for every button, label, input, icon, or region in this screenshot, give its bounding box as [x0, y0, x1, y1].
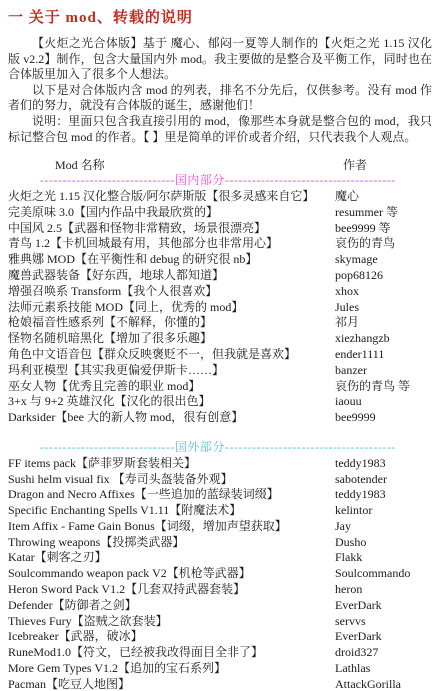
mod-name-cell: 巫女人物【优秀且完善的职业 mod】	[8, 379, 335, 395]
table-row: Katar【刺客之刃】 Flakk	[8, 550, 432, 566]
mod-name-cell: Thieves Fury【盗贼之欲套装】	[8, 614, 335, 630]
table-row: Throwing weapons【投掷类武器】 Dusho	[8, 535, 432, 551]
mod-name-cell: Heron Sword Pack V1.2【几套双持武器套装】	[8, 582, 335, 598]
mod-name-cell: 火炬之光 1.15 汉化整合版/阿尔萨斯版【很多灵感来自它】	[8, 189, 335, 205]
mod-author-cell: xiezhangzb	[335, 331, 432, 347]
mod-author-cell: bee9999	[335, 410, 432, 426]
table-row: Soulcommando weapon pack V2【机枪等武器】 Soulc…	[8, 566, 432, 582]
table-row: 中国风 2.5【武器和怪物非常精致，场景很漂亮】 bee9999 等	[8, 221, 432, 237]
mod-section: ------------------------------国外部分------…	[8, 440, 432, 691]
section-label: 国内部分	[175, 173, 225, 187]
mod-name-cell: Soulcommando weapon pack V2【机枪等武器】	[8, 566, 335, 582]
divider-dashes-left: ------------------------------	[40, 173, 175, 187]
divider-dashes-right: --------------------------------------	[225, 440, 396, 454]
mod-author-cell: servvs	[335, 614, 432, 630]
section-rows: FF items pack【萨菲罗斯套装相关】 teddy1983 Sushi …	[8, 456, 432, 691]
table-row: 巫女人物【优秀且完善的职业 mod】 哀伤的青鸟 等	[8, 379, 432, 395]
table-row: More Gem Types V1.2【追加的宝石系列】 Lathlas	[8, 661, 432, 677]
mod-table-header: Mod 名称 作者	[8, 157, 432, 173]
mod-name-cell: More Gem Types V1.2【追加的宝石系列】	[8, 661, 335, 677]
mod-author-cell: pop68126	[335, 268, 432, 284]
table-row: Dragon and Necro Affixes【一些追加的蓝绿装词缀】 ted…	[8, 487, 432, 503]
mod-author-cell: sabotender	[335, 472, 432, 488]
mod-name-cell: 魔兽武器装备【好东西，地球人都知道】	[8, 268, 335, 284]
table-row: 法师元素系技能 MOD【同上，优秀的 mod】 Jules	[8, 300, 432, 316]
table-row: 火炬之光 1.15 汉化整合版/阿尔萨斯版【很多灵感来自它】 魔心	[8, 189, 432, 205]
mod-author-cell: Jules	[335, 300, 432, 316]
mod-name-cell: 法师元素系技能 MOD【同上，优秀的 mod】	[8, 300, 335, 316]
mod-name-cell: Darksider【bee 大的新人物 mod，很有创意】	[8, 410, 335, 426]
table-row: Thieves Fury【盗贼之欲套装】 servvs	[8, 614, 432, 630]
mod-author-cell: EverDark	[335, 598, 432, 614]
mod-author-cell: heron	[335, 582, 432, 598]
intro-paragraph: 【火炬之光合体版】基于 魔心、郁闷一夏等人制作的【火炬之光 1.15 汉化版 v…	[8, 36, 432, 83]
table-row: 怪物名随机暗黑化【增加了很多乐趣】 xiezhangzb	[8, 331, 432, 347]
table-row: 雅典娜 MOD【在平衡性和 debug 的研究很 nb】 skymage	[8, 252, 432, 268]
mod-name-cell: Item Affix - Fame Gain Bonus【词缀，增加声望获取】	[8, 519, 335, 535]
mod-author-cell: Lathlas	[335, 661, 432, 677]
mod-name-cell: Specific Enchanting Spells V1.11【附魔法术】	[8, 503, 335, 519]
table-row: RuneMod1.0【符文，已经被我改得面目全非了】 droid327	[8, 645, 432, 661]
mod-name-column-header: Mod 名称	[8, 157, 335, 173]
mod-author-cell: EverDark	[335, 629, 432, 645]
table-row: 完美原味 3.0【国内作品中我最欣赏的】 resummer 等	[8, 205, 432, 221]
mod-table-body: ------------------------------国内部分------…	[8, 173, 432, 691]
mod-author-cell: droid327	[335, 645, 432, 661]
table-row: Heron Sword Pack V1.2【几套双持武器套装】 heron	[8, 582, 432, 598]
mod-name-cell: 怪物名随机暗黑化【增加了很多乐趣】	[8, 331, 335, 347]
mod-author-cell: kelintor	[335, 503, 432, 519]
mod-author-cell: teddy1983	[335, 456, 432, 472]
table-row: 增强召唤系 Transform【我个人很喜欢】 xhox	[8, 284, 432, 300]
table-row: Item Affix - Fame Gain Bonus【词缀，增加声望获取】 …	[8, 519, 432, 535]
mod-name-cell: Katar【刺客之刃】	[8, 550, 335, 566]
mod-author-cell: bee9999 等	[335, 221, 432, 237]
mod-section: ------------------------------国内部分------…	[8, 173, 432, 426]
table-row: 角色中文语音包【群众反映褒贬不一，但我就是喜欢】 ender1111	[8, 347, 432, 363]
table-row: 魔兽武器装备【好东西，地球人都知道】 pop68126	[8, 268, 432, 284]
mod-author-cell: Jay	[335, 519, 432, 535]
mod-name-cell: FF items pack【萨菲罗斯套装相关】	[8, 456, 335, 472]
mod-name-cell: Sushi helm visual fix 【寿司头盔装备外观】	[8, 472, 335, 488]
mod-name-cell: Defender【防御者之剑】	[8, 598, 335, 614]
table-row: Pacman【吃豆人地图】 AttackGorilla	[8, 677, 432, 691]
mod-name-cell: 增强召唤系 Transform【我个人很喜欢】	[8, 284, 335, 300]
mod-author-cell: xhox	[335, 284, 432, 300]
mod-name-cell: Icebreaker【武器，破冰】	[8, 629, 335, 645]
mod-name-cell: 中国风 2.5【武器和怪物非常精致，场景很漂亮】	[8, 221, 335, 237]
mod-author-cell: banzer	[335, 363, 432, 379]
document-page: 一 关于 mod、转载的说明 【火炬之光合体版】基于 魔心、郁闷一夏等人制作的【…	[0, 0, 442, 691]
mod-author-cell: teddy1983	[335, 487, 432, 503]
table-row: Sushi helm visual fix 【寿司头盔装备外观】 saboten…	[8, 472, 432, 488]
mod-author-cell: resummer 等	[335, 205, 432, 221]
section-divider: ------------------------------国内部分------…	[40, 173, 432, 189]
table-row: 玛利亚模型【其实我更偏爱伊斯卡……】 banzer	[8, 363, 432, 379]
mod-name-cell: 完美原味 3.0【国内作品中我最欣赏的】	[8, 205, 335, 221]
table-row: 枪娘福音性感系列【不解释，你懂的】 祁月	[8, 315, 432, 331]
table-row: Darksider【bee 大的新人物 mod，很有创意】 bee9999	[8, 410, 432, 426]
mod-author-cell: 祁月	[335, 315, 432, 331]
page-title: 一 关于 mod、转载的说明	[8, 6, 432, 27]
mod-author-cell: skymage	[335, 252, 432, 268]
mod-name-cell: Pacman【吃豆人地图】	[8, 677, 335, 691]
section-label: 国外部分	[175, 440, 225, 454]
section-rows: 火炬之光 1.15 汉化整合版/阿尔萨斯版【很多灵感来自它】 魔心 完美原味 3…	[8, 189, 432, 426]
mod-name-cell: 青鸟 1.2【卡机回城最有用，其他部分也非常用心】	[8, 236, 335, 252]
mod-author-cell: iaouu	[335, 394, 432, 410]
mod-author-cell: 哀伤的青鸟 等	[335, 379, 432, 395]
mod-name-cell: 3+x 与 9+2 英雄汉化【汉化的很出色】	[8, 394, 335, 410]
table-row: Icebreaker【武器，破冰】 EverDark	[8, 629, 432, 645]
mod-author-cell: Flakk	[335, 550, 432, 566]
mod-name-cell: 角色中文语音包【群众反映褒贬不一，但我就是喜欢】	[8, 347, 335, 363]
mod-name-cell: Dragon and Necro Affixes【一些追加的蓝绿装词缀】	[8, 487, 335, 503]
table-row: 青鸟 1.2【卡机回城最有用，其他部分也非常用心】 哀伤的青鸟	[8, 236, 432, 252]
table-row: Specific Enchanting Spells V1.11【附魔法术】 k…	[8, 503, 432, 519]
mod-name-cell: RuneMod1.0【符文，已经被我改得面目全非了】	[8, 645, 335, 661]
mod-author-cell: AttackGorilla	[335, 677, 432, 691]
mod-name-cell: 雅典娜 MOD【在平衡性和 debug 的研究很 nb】	[8, 252, 335, 268]
table-row: 3+x 与 9+2 英雄汉化【汉化的很出色】 iaouu	[8, 394, 432, 410]
mod-author-cell: 哀伤的青鸟	[335, 236, 432, 252]
mod-name-cell: 玛利亚模型【其实我更偏爱伊斯卡……】	[8, 363, 335, 379]
table-row: FF items pack【萨菲罗斯套装相关】 teddy1983	[8, 456, 432, 472]
mod-author-cell: Dusho	[335, 535, 432, 551]
note-paragraph: 说明：里面只包含我直接引用的 mod，像那些本身就是整合包的 mod，我只标记整…	[8, 114, 432, 145]
section-divider: ------------------------------国外部分------…	[40, 440, 432, 456]
list-preface-paragraph: 以下是对合体版内含 mod 的列表，排名不分先后，仅供参考。没有 mod 作者们…	[8, 83, 432, 114]
mod-name-cell: Throwing weapons【投掷类武器】	[8, 535, 335, 551]
mod-author-cell: Soulcommando	[335, 566, 432, 582]
author-column-header: 作者	[335, 157, 432, 173]
mod-name-cell: 枪娘福音性感系列【不解释，你懂的】	[8, 315, 335, 331]
mod-author-cell: 魔心	[335, 189, 432, 205]
divider-dashes-right: --------------------------------------	[225, 173, 396, 187]
divider-dashes-left: ------------------------------	[40, 440, 175, 454]
mod-author-cell: ender1111	[335, 347, 432, 363]
table-row: Defender【防御者之剑】 EverDark	[8, 598, 432, 614]
